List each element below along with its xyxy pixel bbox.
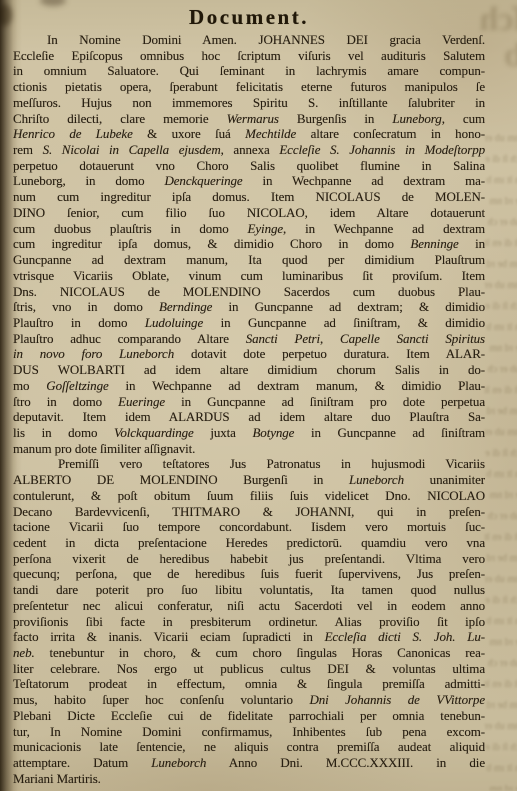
text-run: cum duobus plauſtris in domo bbox=[13, 221, 248, 236]
text-run: Eccleſie Epiſcopus omnibus hoc ſcriptum … bbox=[13, 48, 485, 63]
text-run: , in Wechpanne ad dextram bbox=[283, 221, 485, 236]
text-line: perſona vixerit de heredibus habebit jus… bbox=[13, 551, 485, 567]
text-run: facto irrita & inanis. Vicarii eciam ſup… bbox=[13, 629, 325, 644]
text-run: Eccleſie S. Johannis in Modeſtorpp bbox=[279, 142, 485, 157]
text-line: Plebani Dicte Eccleſie cui de fidelitate… bbox=[13, 708, 485, 724]
text-run: Luneborch bbox=[349, 472, 404, 487]
text-line: contulerunt, & poſt obitum ſuum filiis ſ… bbox=[13, 488, 485, 504]
text-run: Eyinge bbox=[248, 221, 284, 236]
text-run: Ludoluinge bbox=[145, 315, 203, 330]
text-line: tacione Vicarii ſuo tempore concordabunt… bbox=[13, 519, 485, 535]
text-run: Plauſtro in domo bbox=[13, 315, 145, 330]
text-run: Wermarus bbox=[227, 111, 279, 126]
text-run: dotavit dote perpetuo duratura. Item ALA… bbox=[174, 346, 485, 361]
text-run: Plebani Dicte Eccleſie cui de fidelitate… bbox=[13, 708, 485, 723]
text-run: in Wechpanne ad dextram ma- bbox=[243, 173, 485, 188]
text-run: in Guncpanne ad ſiniſtram, & dimidio bbox=[203, 315, 485, 330]
text-run: deputavit. Item idem ALARDUS ad idem alt… bbox=[13, 409, 485, 424]
text-run: Decano Bardevvicenſi, THITMARO & JOHANNI… bbox=[13, 504, 485, 519]
text-run: Mechtilde bbox=[245, 126, 296, 141]
text-run: tenebuntur in choro, & cum choro ſingula… bbox=[35, 645, 485, 660]
text-run: Burgenſis in bbox=[279, 111, 393, 126]
text-line: proviſionis ſibi facte in presbiterum or… bbox=[13, 614, 485, 630]
text-run: Plauſtro adhuc comparando Altare bbox=[13, 331, 246, 346]
text-run: in bbox=[459, 236, 485, 251]
text-run: & uxore ſuá bbox=[133, 126, 245, 141]
text-line: In Nomine Domini Amen. JOHANNES DEI grac… bbox=[13, 32, 485, 48]
text-run: , annexa bbox=[221, 142, 280, 157]
text-line: facto irrita & inanis. Vicarii eciam ſup… bbox=[13, 629, 485, 645]
text-run: Botynge bbox=[252, 425, 294, 440]
text-run: Guncpanne ad dextram manum, Ita quod per… bbox=[13, 252, 485, 267]
text-run: in Guncpanne ad dextram; & dimidio bbox=[212, 299, 485, 314]
text-run: ſtro in domo bbox=[13, 394, 118, 409]
text-line: Henrico de Lubeke & uxore ſuá Mechtilde … bbox=[13, 126, 485, 142]
text-run: Capelle Sancti Spiritus bbox=[340, 331, 485, 346]
text-line: attemptare. Datum Luneborch Anno Dni. M.… bbox=[13, 755, 485, 771]
text-run: tandi dare poterit pro ſuo libitu volunt… bbox=[13, 582, 485, 597]
text-run: Eueringe bbox=[118, 394, 165, 409]
text-line: Guncpanne ad dextram manum, Ita quod per… bbox=[13, 252, 485, 268]
document-paragraph: In Nomine Domini Amen. JOHANNES DEI grac… bbox=[13, 32, 485, 456]
text-run: municacionis late ſentencie, ne aliquis … bbox=[13, 739, 485, 754]
text-line: ALBERTO DE MOLENDINO Burgenſi in Lunebor… bbox=[13, 472, 485, 488]
text-run: Dns. NICOLAUS de MOLENDINO Sacerdos cum … bbox=[13, 284, 485, 299]
text-line: Dns. NICOLAUS de MOLENDINO Sacerdos cum … bbox=[13, 284, 485, 300]
text-run: in novo foro Luneborch bbox=[13, 346, 174, 361]
text-line: in novo foro Luneborch dotavit dote perp… bbox=[13, 346, 485, 362]
text-line: in omnium Saluatore. Qui ſeminant in lac… bbox=[13, 63, 485, 79]
text-run: Benninge bbox=[410, 236, 458, 251]
text-run: lis in domo bbox=[13, 425, 114, 440]
text-line: municacionis late ſentencie, ne aliquis … bbox=[13, 739, 485, 755]
text-line: Premiſſi vero teſtatores Jus Patronatus … bbox=[13, 456, 485, 472]
text-line: manum pro dote ſimiliter aſſignavit. bbox=[13, 441, 485, 457]
text-line: num cum ingreditur ipſa domus. Item NICO… bbox=[13, 189, 485, 205]
text-run: Luneborg bbox=[392, 111, 441, 126]
text-run: Luneborg, in domo bbox=[13, 173, 164, 188]
text-line: cum duobus plauſtris in domo Eyinge, in … bbox=[13, 221, 485, 237]
text-run: vtrisque Vicariis Oblate, vinum cum lumi… bbox=[13, 268, 485, 283]
text-run: attemptare. Datum bbox=[13, 755, 151, 770]
text-run: neb. bbox=[13, 645, 35, 660]
text-run: Anno Dni. M.CCC.XXXIII. in die bbox=[206, 755, 485, 770]
text-run: cum ingreditur ipſa domus, & dimidio Cho… bbox=[13, 236, 410, 251]
text-line: DUS WOLBARTI ad idem altare dimidium cho… bbox=[13, 362, 485, 378]
text-run: Chriſto dilecti, clare memorie bbox=[13, 111, 227, 126]
text-line: Mariani Martiris. bbox=[13, 771, 485, 787]
text-run: Berndinge bbox=[159, 299, 212, 314]
document-content: Document. In Nomine Domini Amen. JOHANNE… bbox=[13, 4, 485, 787]
text-run: juxta bbox=[194, 425, 253, 440]
text-run: Premiſſi vero teſtatores Jus Patronatus … bbox=[58, 456, 485, 471]
text-line: ctionis pietatis opera, ſperabunt felici… bbox=[13, 79, 485, 95]
text-run: mo bbox=[13, 378, 46, 393]
text-run: in Wechpanne ad dextram manum, & dimidio… bbox=[109, 378, 485, 393]
text-run: in omnium Saluatore. Qui ſeminant in lac… bbox=[13, 63, 485, 78]
text-run: quecunq; perſona, que de heredibus ſuis … bbox=[13, 566, 485, 581]
text-run: tacione Vicarii ſuo tempore concordabunt… bbox=[13, 519, 485, 534]
text-run: num cum ingreditur ipſa domus. Item NICO… bbox=[13, 189, 485, 204]
text-line: rem S. Nicolai in Capella ejusdem, annex… bbox=[13, 142, 485, 158]
text-line: tur, In Nomine Domini confirmamus, Inhib… bbox=[13, 724, 485, 740]
text-line: neb. tenebuntur in choro, & cum choro ſi… bbox=[13, 645, 485, 661]
text-line: preſentetur nec alicui conferatur, niſi … bbox=[13, 598, 485, 614]
text-run: Dni Johannis de VVittorpe bbox=[309, 692, 485, 707]
text-run: manum pro dote ſimiliter aſſignavit. bbox=[13, 441, 195, 456]
text-run: Teſtatorum prodeat in effectum, omnia & … bbox=[13, 676, 485, 691]
text-line: ſtris, vno in domo Berndinge in Guncpann… bbox=[13, 299, 485, 315]
text-run: proviſionis ſibi facte in presbiterum or… bbox=[13, 614, 485, 629]
text-run: DINO ſenior, cum filio ſuo NICOLAO, idem… bbox=[13, 205, 485, 220]
text-run: perpetuo dotauerunt vno Choro Salis quol… bbox=[13, 158, 485, 173]
document-paragraph: Premiſſi vero teſtatores Jus Patronatus … bbox=[13, 456, 485, 786]
text-run: tur, In Nomine Domini confirmamus, Inhib… bbox=[13, 724, 485, 739]
text-run: S. Nicolai in Capella ejusdem bbox=[43, 142, 221, 157]
text-line: Luneborg, in domo Denckqueringe in Wechp… bbox=[13, 173, 485, 189]
text-line: Teſtatorum prodeat in effectum, omnia & … bbox=[13, 676, 485, 692]
text-line: cum ingreditur ipſa domus, & dimidio Cho… bbox=[13, 236, 485, 252]
text-run: preſentetur nec alicui conferatur, niſi … bbox=[13, 598, 485, 613]
text-run: Sancti Petri bbox=[246, 331, 320, 346]
text-run: ſtris, vno in domo bbox=[13, 299, 159, 314]
text-line: mo Goſſeltzinge in Wechpanne ad dextram … bbox=[13, 378, 485, 394]
text-line: deputavit. Item idem ALARDUS ad idem alt… bbox=[13, 409, 485, 425]
text-run: mus, habito ſuper hoc conſenſu voluntari… bbox=[13, 692, 309, 707]
text-line: lis in domo Volckquardinge juxta Botynge… bbox=[13, 425, 485, 441]
text-run: Volckquardinge bbox=[114, 425, 194, 440]
text-run: DUS WOLBARTI ad idem altare dimidium cho… bbox=[13, 362, 485, 377]
text-run: , bbox=[320, 331, 340, 346]
text-run: Mariani Martiris. bbox=[13, 771, 101, 786]
text-line: Chriſto dilecti, clare memorie Wermarus … bbox=[13, 111, 485, 127]
text-run: in Guncpanne ad ſiniſtram bbox=[294, 425, 485, 440]
text-run: Luneborch bbox=[151, 755, 206, 770]
text-run: liter celebrare. Nos ergo ut publicus cu… bbox=[13, 661, 485, 676]
text-run: ctionis pietatis opera, ſperabunt felici… bbox=[13, 79, 485, 94]
text-run: contulerunt, & poſt obitum ſuum filiis ſ… bbox=[13, 488, 485, 503]
text-run: in Guncpanne ad ſiniſtram pro dote perpe… bbox=[165, 394, 485, 409]
text-line: ſtro in domo Eueringe in Guncpanne ad ſi… bbox=[13, 394, 485, 410]
text-line: cedent in dicta preſentacione Heredes pr… bbox=[13, 535, 485, 551]
text-line: DINO ſenior, cum filio ſuo NICOLAO, idem… bbox=[13, 205, 485, 221]
text-run: Henrico de Lubeke bbox=[13, 126, 133, 141]
text-run: perſona vixerit de heredibus habebit jus… bbox=[13, 551, 485, 566]
text-run: Denckqueringe bbox=[164, 173, 242, 188]
text-run: meſſuros. Hujus non immemores Spiritu S.… bbox=[13, 95, 485, 110]
text-line: quecunq; perſona, que de heredibus ſuis … bbox=[13, 566, 485, 582]
text-line: mus, habito ſuper hoc conſenſu voluntari… bbox=[13, 692, 485, 708]
text-line: perpetuo dotauerunt vno Choro Salis quol… bbox=[13, 158, 485, 174]
text-run: In Nomine Domini Amen. JOHANNES DEI grac… bbox=[47, 32, 485, 47]
text-run: Goſſeltzinge bbox=[46, 378, 108, 393]
text-line: liter celebrare. Nos ergo ut publicus cu… bbox=[13, 661, 485, 677]
text-line: Plauſtro adhuc comparando Altare Sancti … bbox=[13, 331, 485, 347]
document-body: In Nomine Domini Amen. JOHANNES DEI grac… bbox=[13, 32, 485, 787]
text-run: ALBERTO DE MOLENDINO Burgenſi in bbox=[13, 472, 349, 487]
text-run: rem bbox=[13, 142, 43, 157]
text-run: unanimiter bbox=[404, 472, 485, 487]
text-run: Eccleſia dicti S. Joh. Lu- bbox=[325, 629, 485, 644]
text-run: altare conſecratum in hono- bbox=[296, 126, 485, 141]
text-run: cedent in dicta preſentacione Heredes pr… bbox=[13, 535, 485, 550]
text-line: tandi dare poterit pro ſuo libitu volunt… bbox=[13, 582, 485, 598]
text-run: , cum bbox=[442, 111, 485, 126]
text-line: Decano Bardevvicenſi, THITMARO & JOHANNI… bbox=[13, 504, 485, 520]
text-line: meſſuros. Hujus non immemores Spiritu S.… bbox=[13, 95, 485, 111]
text-line: Plauſtro in domo Ludoluinge in Guncpanne… bbox=[13, 315, 485, 331]
text-line: Eccleſie Epiſcopus omnibus hoc ſcriptum … bbox=[13, 48, 485, 64]
text-line: vtrisque Vicariis Oblate, vinum cum lumi… bbox=[13, 268, 485, 284]
document-title: Document. bbox=[13, 4, 485, 30]
